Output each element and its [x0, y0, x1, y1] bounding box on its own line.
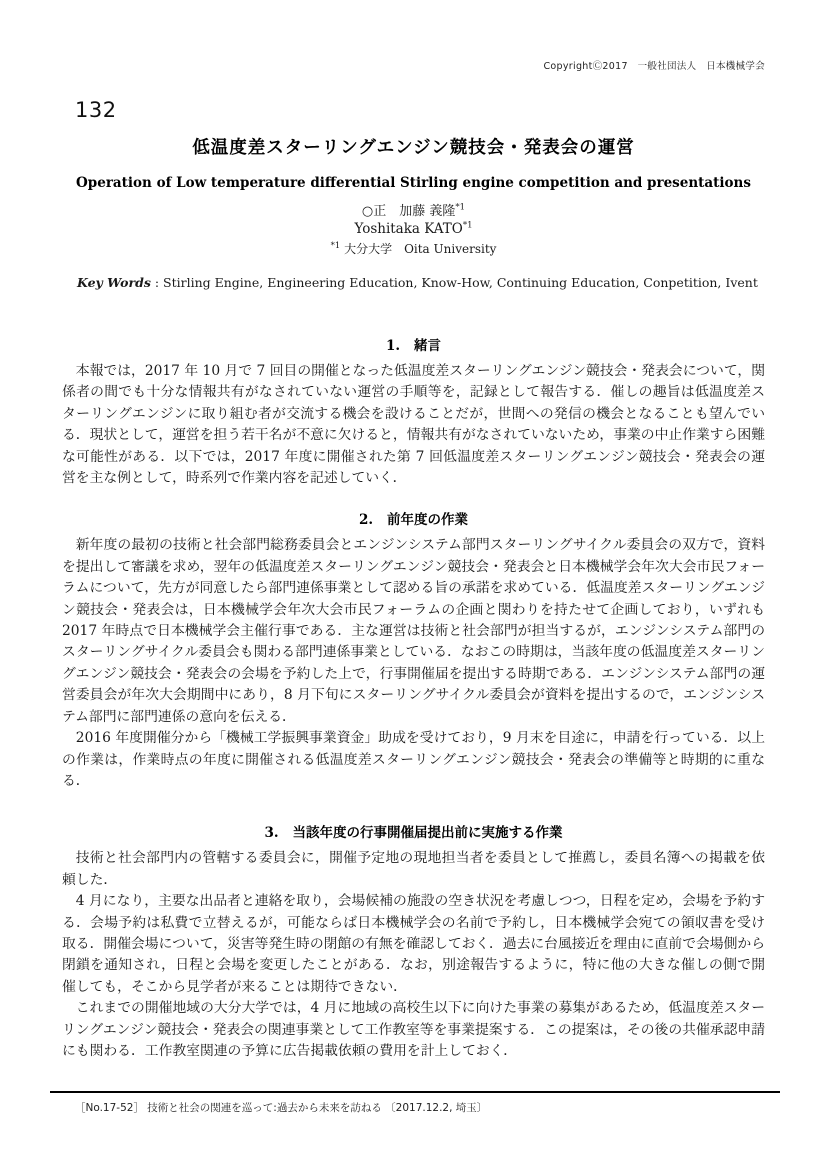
- keywords-line: Key Words : Stirling Engine, Engineering…: [62, 275, 765, 290]
- section-2-paragraph-2: 2016 年度開催分から「機械工学振興事業資金」助成を受けており，9 月末を目途…: [62, 728, 765, 792]
- copyright-notice: CopyrightⒸ2017 一般社団法人 日本機械学会: [62, 0, 765, 72]
- footer-text: ［No.17-52］ 技術と社会の関連を巡って:過去から未来を訪ねる 〔2017…: [75, 1100, 780, 1115]
- document-page: CopyrightⒸ2017 一般社団法人 日本機械学会 132 低温度差スター…: [0, 0, 827, 1170]
- paper-title-english: Operation of Low temperature differentia…: [62, 175, 765, 191]
- author-ja-text: ○正 加藤 義隆: [362, 204, 455, 219]
- section-1-paragraph-1: 本報では，2017 年 10 月で 7 回目の開催となった低温度差スターリングエ…: [62, 361, 765, 489]
- section-3-title: 当該年度の行事開催届提出前に実施する作業: [293, 825, 563, 841]
- section-2-title: 前年度の作業: [387, 512, 468, 528]
- author-en-superscript: *1: [463, 221, 473, 231]
- author-name-english: Yoshitaka KATO*1: [62, 221, 765, 237]
- section-3-heading: 3.当該年度の行事開催届提出前に実施する作業: [62, 821, 765, 841]
- author-ja-superscript: *1: [455, 203, 465, 213]
- footer-rule: ［No.17-52］ 技術と社会の関連を巡って:過去から未来を訪ねる 〔2017…: [50, 1091, 780, 1115]
- affiliation: *1 大分大学 Oita University: [62, 240, 765, 257]
- affiliation-superscript: *1: [331, 241, 341, 251]
- section-2-number: 2.: [359, 512, 373, 528]
- section-3-paragraph-3: これまでの開催地域の大分大学では，4 月に地域の高校生以下に向けた事業の募集があ…: [62, 998, 765, 1062]
- section-1-number: 1.: [386, 338, 400, 354]
- keywords-label: Key Words: [77, 275, 151, 290]
- section-3-number: 3.: [264, 825, 278, 841]
- section-3-paragraph-1: 技術と社会部門内の管轄する委員会に，開催予定地の現地担当者を委員として推薦し，委…: [62, 848, 765, 891]
- author-en-text: Yoshitaka KATO: [354, 221, 462, 237]
- author-name-japanese: ○正 加藤 義隆*1: [62, 200, 765, 219]
- section-1-heading: 1.緒言: [62, 334, 765, 354]
- section-2-paragraph-1: 新年度の最初の技術と社会部門総務委員会とエンジンシステム部門スターリングサイクル…: [62, 535, 765, 728]
- affiliation-text: 大分大学 Oita University: [344, 242, 496, 256]
- section-3-paragraph-2: 4 月になり，主要な出品者と連絡を取り，会場候補の施設の空き状況を考慮しつつ，日…: [62, 891, 765, 998]
- paper-number: 132: [75, 98, 765, 122]
- keywords-text: : Stirling Engine, Engineering Education…: [151, 275, 758, 290]
- section-1-title: 緒言: [414, 338, 441, 354]
- page-content: CopyrightⒸ2017 一般社団法人 日本機械学会 132 低温度差スター…: [0, 0, 827, 1062]
- section-2-heading: 2.前年度の作業: [62, 508, 765, 528]
- paper-title-japanese: 低温度差スターリングエンジン競技会・発表会の運営: [62, 134, 765, 159]
